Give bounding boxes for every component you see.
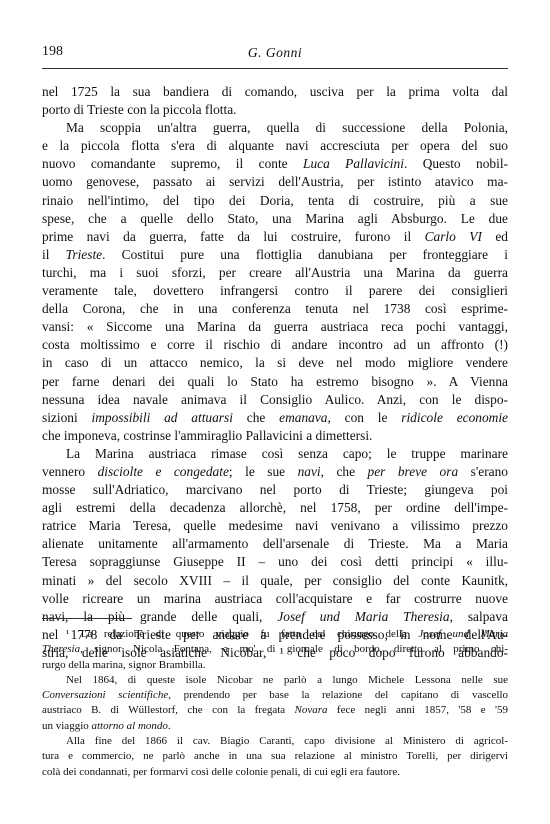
- text-line: minati » del secolo XVIII – il quale, pe…: [42, 572, 508, 590]
- text-fragment: . Costitui pure una flottiglia danubiana…: [102, 247, 508, 262]
- text-line: costa moltissimo e corre il rischio di a…: [42, 336, 508, 354]
- italic-fragment: Theresia: [42, 643, 80, 655]
- footnote-line: colà dei condannati, per formarvi così d…: [42, 765, 508, 780]
- text-fragment: navi, la più grande delle quali,: [42, 609, 277, 624]
- footnote-line: austriaco B. di Wüllestorf, che con la f…: [42, 703, 508, 718]
- text-line: il Trieste. Costitui pure una flottiglia…: [42, 246, 508, 264]
- text-line: volle ricreare un marina austriaca coll'…: [42, 590, 508, 608]
- text-line: porto di Trieste con la piccola flotta.: [42, 101, 508, 119]
- text-line: turchi, ma i suoi sforzi, per creare all…: [42, 264, 508, 282]
- text-line: vansi: « Siccome una Marina da guerra au…: [42, 318, 508, 336]
- italic-fragment: impossibili ad attuarsi: [92, 410, 233, 425]
- text-fragment: che: [233, 410, 279, 425]
- text-fragment: nuovo comandante supremo, il conte: [42, 156, 303, 171]
- text-fragment: ¹ La relazione di questo viaggio fu fatt…: [66, 628, 418, 640]
- text-line: ratrice Maria Teresa, quelle medesime na…: [42, 517, 508, 535]
- text-fragment: il: [42, 247, 66, 262]
- text-line: sizioni impossibili ad attuarsi che eman…: [42, 409, 508, 427]
- text-fragment: ed: [482, 229, 508, 244]
- ship-name: Josef und Maria Theresia: [277, 609, 449, 624]
- italic-fragment: disciolte e congedate: [98, 464, 229, 479]
- text-fragment: austriaco B. di Wüllestorf, che con la f…: [42, 704, 295, 716]
- text-line: che imponeva, costrinse l'ammiraglio Pal…: [42, 427, 508, 445]
- text-fragment: fece negli anni 1857, '58 e '59: [328, 704, 508, 716]
- footnotes: ¹ La relazione di questo viaggio fu fatt…: [42, 627, 508, 780]
- footnote-line: Nel 1864, di queste isole Nicobar ne par…: [42, 673, 508, 688]
- text-line: per farne denari dei quali lo Stato ha e…: [42, 373, 508, 391]
- text-fragment: sizioni: [42, 410, 92, 425]
- text-line: vennero disciolte e congedate; le sue na…: [42, 463, 508, 481]
- text-line: navi, la più grande delle quali, Josef u…: [42, 608, 508, 626]
- italic-fragment: emanava: [279, 410, 327, 425]
- text-line: veramente tale, dovettero infrangersi co…: [42, 282, 508, 300]
- text-fragment: un viaggio: [42, 720, 92, 732]
- footnote-line: rurgo della marina, signor Brambilla.: [42, 658, 508, 673]
- ship-name: Trieste: [66, 247, 102, 262]
- text-line: della Corona, che in una conferenza tenu…: [42, 300, 508, 318]
- italic-fragment: Conversazioni scientifiche: [42, 689, 168, 701]
- body-text: nel 1725 la sua bandiera di comando, usc…: [42, 83, 508, 662]
- text-line: e la piccola flotta s'era di alquante na…: [42, 137, 508, 155]
- text-line: prime navi da guerra, fatte da lui costr…: [42, 228, 508, 246]
- text-fragment: , con le: [328, 410, 402, 425]
- italic-fragment: Novara: [295, 704, 328, 716]
- footnote-line: tura e commercio, ne parlò anche in una …: [42, 749, 508, 764]
- running-title: G. Gonni: [42, 45, 508, 61]
- italic-fragment: Josef und Maria: [418, 628, 508, 640]
- text-fragment: .: [168, 720, 171, 732]
- text-fragment: , che: [321, 464, 368, 479]
- footnote-rule: [42, 618, 132, 619]
- text-line: nuovo comandante supremo, il conte Luca …: [42, 155, 508, 173]
- text-line: Teresa sopraggiunse Giuseppe II – uno de…: [42, 553, 508, 571]
- text-line: uomo genovese, passato ai servizi dell'A…: [42, 173, 508, 191]
- header-rule: [42, 68, 508, 69]
- italic-fragment: navi: [298, 464, 321, 479]
- text-fragment: s'erano: [458, 464, 508, 479]
- text-line: nessuna idea navale animava il Consiglio…: [42, 391, 508, 409]
- italic-fragment: ridicole economie: [401, 410, 508, 425]
- footnote-line: ¹ La relazione di questo viaggio fu fatt…: [42, 627, 508, 642]
- text-line: La Marina austriaca rimase così senza ca…: [42, 445, 508, 463]
- ship-name: Carlo VI: [425, 229, 482, 244]
- text-line: Ma scoppia un'altra guerra, quella di su…: [42, 119, 508, 137]
- footnote-line: un viaggio attorno al mondo.: [42, 719, 508, 734]
- text-fragment: prime navi da guerra, fatte da lui costr…: [42, 229, 425, 244]
- italic-fragment: per breve ora: [368, 464, 459, 479]
- footnote-line: Theresia, signor Nicola Fontana, a mo' d…: [42, 642, 508, 657]
- footnote-line: Conversazioni scientifiche, prendendo pe…: [42, 688, 508, 703]
- text-line: nel 1725 la sua bandiera di comando, usc…: [42, 83, 508, 101]
- page-header: 198 G. Gonni: [42, 44, 508, 64]
- footnote-line: Alla fine del 1866 il cav. Biagio Carant…: [42, 734, 508, 749]
- text-line: mosse sull'Adriatico, marcivano nel port…: [42, 481, 508, 499]
- text-fragment: ; le sue: [229, 464, 298, 479]
- text-line: agli estremi della decadenza allorchè, n…: [42, 499, 508, 517]
- text-fragment: vennero: [42, 464, 98, 479]
- text-line: alienate unitamente all'armamento dell'a…: [42, 535, 508, 553]
- text-fragment: , salpava: [450, 609, 508, 624]
- text-line: spese, che a quelle dello Stato, una Mar…: [42, 210, 508, 228]
- text-fragment: , signor Nicola Fontana, a mo' di giorna…: [80, 643, 508, 655]
- text-fragment: . Questo nobil-: [404, 156, 508, 171]
- text-fragment: , prendendo per base la relazione del ca…: [168, 689, 508, 701]
- text-line: in caso di un attacco nemico, la si deve…: [42, 354, 508, 372]
- person-name: Luca Pallavicini: [303, 156, 404, 171]
- text-line: rinaio nell'intimo, del tipo dei Doria, …: [42, 192, 508, 210]
- italic-fragment: attorno al mondo: [92, 720, 168, 732]
